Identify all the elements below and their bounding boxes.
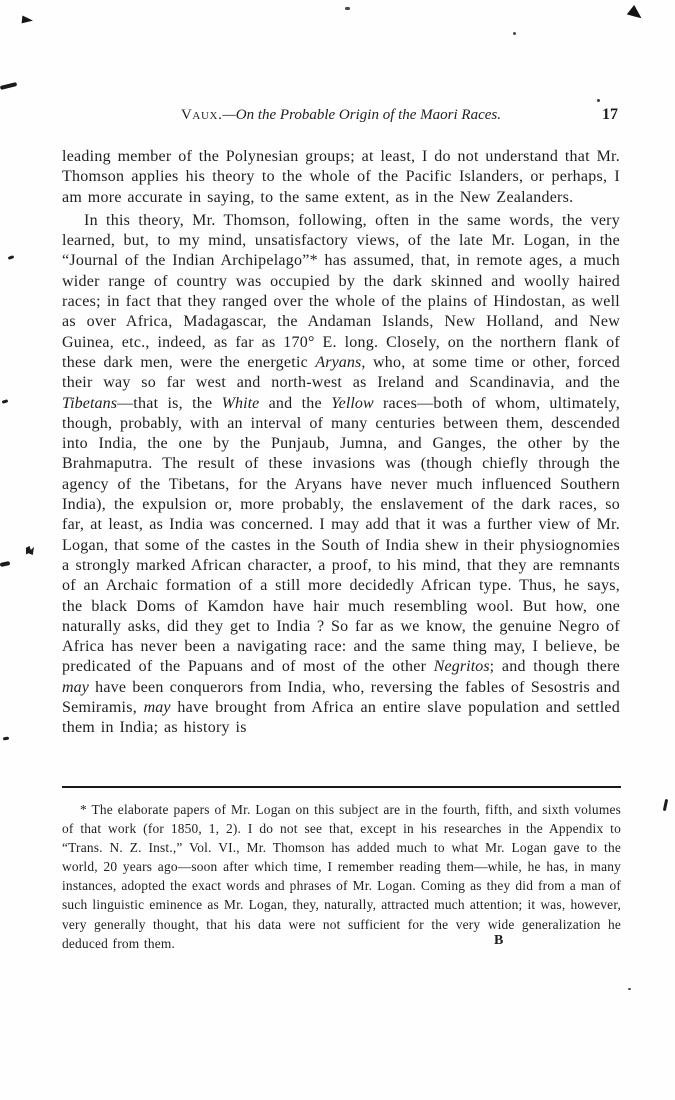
ink-speck	[663, 799, 668, 811]
ink-speck	[513, 32, 516, 35]
ink-arrow-mark	[627, 5, 645, 23]
text-block: Vaux.—On the Probable Origin of the Maor…	[62, 107, 620, 739]
text-run: and the	[259, 395, 331, 412]
ink-arrow-mark	[22, 15, 34, 24]
italic-text: Aryans	[315, 354, 361, 371]
text-run: In this theory, Mr. Thomson, following, …	[62, 212, 620, 371]
italic-text: may	[144, 699, 171, 716]
italic-text: Tibetans	[62, 395, 117, 412]
text-run: leading member of the Polynesian groups;…	[62, 148, 620, 206]
ink-speck	[628, 988, 631, 990]
ink-smudge	[0, 82, 17, 90]
header-title: —On the Probable Origin of the Maori Rac…	[222, 107, 501, 123]
running-head: Vaux.—On the Probable Origin of the Maor…	[62, 107, 620, 129]
footnote-text: * The elaborate papers of Mr. Logan on t…	[62, 800, 621, 953]
ink-speck	[597, 99, 600, 102]
header-author: Vaux.	[181, 107, 222, 123]
italic-text: Negritos	[434, 658, 490, 675]
scanned-page: Vaux.—On the Probable Origin of the Maor…	[0, 0, 675, 1100]
text-run: races—both of whom, ultimately, though, …	[62, 395, 620, 676]
text-run: * The elaborate papers of Mr. Logan on t…	[62, 802, 621, 951]
body-text: leading member of the Polynesian groups;…	[62, 147, 620, 739]
ink-speck	[345, 7, 350, 10]
italic-text: White	[222, 395, 260, 412]
ink-mark	[26, 546, 34, 555]
body-paragraph: leading member of the Polynesian groups;…	[62, 147, 620, 208]
body-paragraph: In this theory, Mr. Thomson, following, …	[62, 211, 620, 739]
ink-speck	[0, 561, 10, 567]
ink-speck	[8, 255, 15, 260]
ink-speck	[2, 399, 9, 404]
text-run: —that is, the	[117, 395, 222, 412]
italic-text: may	[62, 679, 89, 696]
footnote-rule	[62, 786, 621, 788]
ink-speck	[3, 737, 9, 741]
italic-text: Yellow	[331, 395, 374, 412]
page-number: 17	[602, 106, 618, 124]
signature-mark: B	[494, 933, 504, 949]
text-run: ; and though there	[490, 658, 620, 675]
